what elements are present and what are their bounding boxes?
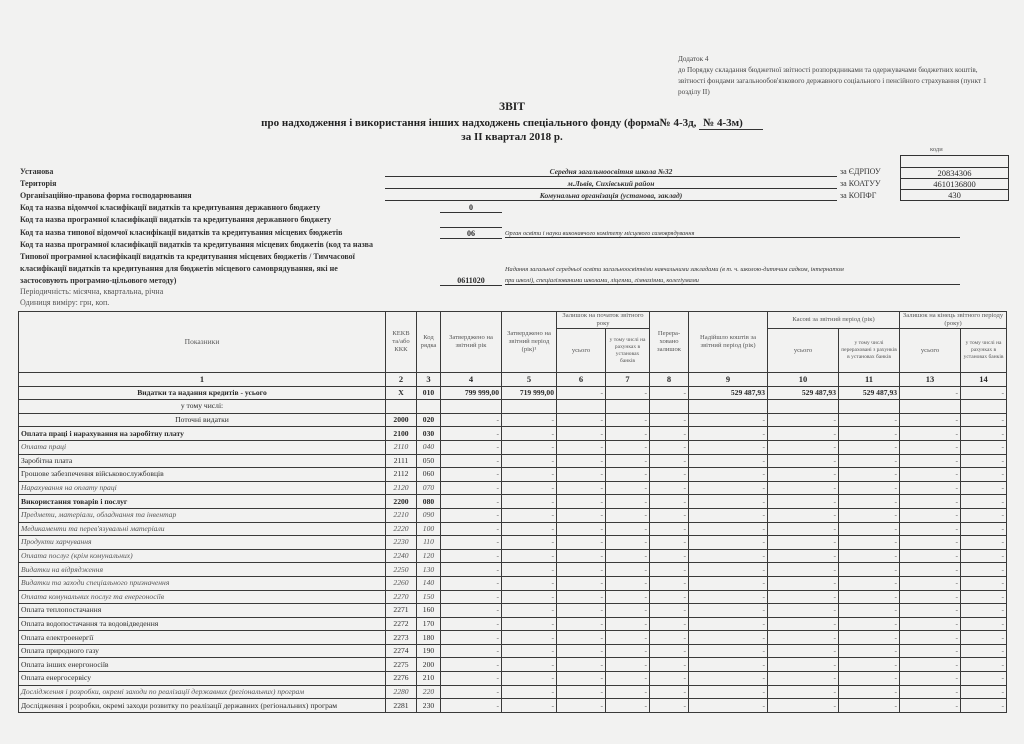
header-received: Надійшло коштів за звітний період (рік) bbox=[689, 312, 768, 373]
row-value: - bbox=[502, 699, 557, 713]
row-value: - bbox=[606, 617, 650, 631]
report-title: ЗВІТ bbox=[0, 101, 1024, 113]
label-edrpou: за ЄДРПОУ bbox=[840, 167, 881, 176]
row-value: - bbox=[768, 468, 839, 482]
row-value: 529 487,93 bbox=[839, 386, 900, 400]
org-form-field: Комунальна організація (установа, заклад… bbox=[385, 191, 837, 201]
row-value: - bbox=[650, 508, 689, 522]
row-value: - bbox=[900, 658, 961, 672]
row-value: - bbox=[839, 481, 900, 495]
row-value: - bbox=[502, 522, 557, 536]
row-value: - bbox=[839, 522, 900, 536]
header-balance-start-banks: у тому числі на рахунках в установах бан… bbox=[606, 329, 650, 373]
row-kekv: 2000 bbox=[386, 413, 417, 427]
table-row: Поточні видатки2000020---------- bbox=[19, 413, 1007, 427]
col-num: 3 bbox=[417, 373, 441, 387]
row-value: - bbox=[900, 481, 961, 495]
codes-header: коди bbox=[930, 146, 943, 153]
row-value: - bbox=[441, 699, 502, 713]
row-value: - bbox=[900, 549, 961, 563]
col-num: 6 bbox=[557, 373, 606, 387]
local-prog-label-3: класифікації видатків та кредитування дл… bbox=[20, 264, 338, 273]
row-value: - bbox=[502, 672, 557, 686]
row-value: - bbox=[768, 454, 839, 468]
row-indicator: Оплата енергосервісу bbox=[19, 672, 386, 686]
row-value: - bbox=[689, 495, 768, 509]
row-value: - bbox=[557, 386, 606, 400]
table-row: Оплата енергосервісу2276210---------- bbox=[19, 672, 1007, 686]
row-value: - bbox=[650, 495, 689, 509]
row-value: - bbox=[441, 658, 502, 672]
row-value: - bbox=[689, 617, 768, 631]
row-value: - bbox=[900, 576, 961, 590]
row-code: 190 bbox=[417, 644, 441, 658]
row-indicator: Використання товарів і послуг bbox=[19, 495, 386, 509]
row-value: - bbox=[502, 536, 557, 550]
row-value: - bbox=[768, 685, 839, 699]
row-indicator: Дослідження і розробки, окремі заходи по… bbox=[19, 685, 386, 699]
report-table: Показники КЕКВ та/або ККК Код рядка Затв… bbox=[18, 311, 1007, 713]
row-value: - bbox=[839, 576, 900, 590]
table-row: Видатки та надання кредитів - усьогоX010… bbox=[19, 386, 1007, 400]
code-koatuu: 4610136800 bbox=[901, 178, 1008, 189]
row-value: - bbox=[768, 631, 839, 645]
row-kekv: 2281 bbox=[386, 699, 417, 713]
row-code: 100 bbox=[417, 522, 441, 536]
row-value: - bbox=[441, 440, 502, 454]
col-num: 11 bbox=[839, 373, 900, 387]
row-kekv: 2276 bbox=[386, 672, 417, 686]
row-value: - bbox=[650, 631, 689, 645]
row-value: - bbox=[650, 522, 689, 536]
row-value: - bbox=[768, 508, 839, 522]
row-value: - bbox=[689, 427, 768, 441]
row-value: - bbox=[502, 644, 557, 658]
row-value: - bbox=[768, 644, 839, 658]
code-edrpou: 20834306 bbox=[901, 167, 1008, 178]
row-value: - bbox=[557, 631, 606, 645]
prog-class-line bbox=[440, 226, 502, 228]
col-num: 8 bbox=[650, 373, 689, 387]
row-value: - bbox=[689, 631, 768, 645]
row-value: - bbox=[606, 536, 650, 550]
row-value: - bbox=[961, 536, 1007, 550]
row-kekv: 2260 bbox=[386, 576, 417, 590]
row-indicator: Оплата теплопостачання bbox=[19, 604, 386, 618]
row-value: - bbox=[557, 440, 606, 454]
row-kekv: 2111 bbox=[386, 454, 417, 468]
row-value: - bbox=[441, 563, 502, 577]
row-value: - bbox=[689, 576, 768, 590]
row-value bbox=[900, 400, 961, 414]
typical-class-label: Код та назва типової відомчої класифікац… bbox=[20, 228, 342, 237]
row-value: - bbox=[557, 590, 606, 604]
row-indicator: Оплата інших енергоносіїв bbox=[19, 658, 386, 672]
col-num: 2 bbox=[386, 373, 417, 387]
dept-class-label: Код та назва відомчої класифікації видат… bbox=[20, 203, 320, 212]
typical-class-desc: Орган освіти і науки виконавчого комітет… bbox=[505, 230, 960, 238]
report-period: за II квартал 2018 р. bbox=[0, 131, 1024, 143]
header-kekv: КЕКВ та/або ККК bbox=[386, 312, 417, 373]
col-num: 13 bbox=[900, 373, 961, 387]
row-value: - bbox=[606, 549, 650, 563]
row-code: 040 bbox=[417, 440, 441, 454]
row-indicator: Видатки на відрядження bbox=[19, 563, 386, 577]
row-indicator: Оплата праці bbox=[19, 440, 386, 454]
row-value: - bbox=[768, 495, 839, 509]
row-value: - bbox=[557, 549, 606, 563]
row-value: - bbox=[606, 644, 650, 658]
row-kekv: 2275 bbox=[386, 658, 417, 672]
row-value: - bbox=[961, 413, 1007, 427]
row-value: - bbox=[839, 468, 900, 482]
row-value bbox=[650, 400, 689, 414]
prog-class-label: Код та назва програмної класифікації вид… bbox=[20, 215, 331, 224]
table-row: Оплата комунальних послуг та енергоносії… bbox=[19, 590, 1007, 604]
row-value: - bbox=[606, 386, 650, 400]
row-value bbox=[839, 400, 900, 414]
row-value: - bbox=[502, 631, 557, 645]
row-value: 719 999,00 bbox=[502, 386, 557, 400]
annex-note: Додаток 4 до Порядку складання бюджетної… bbox=[678, 54, 998, 98]
row-value: - bbox=[689, 468, 768, 482]
row-value: - bbox=[441, 468, 502, 482]
row-value: - bbox=[606, 495, 650, 509]
table-row: Оплата електроенергії2273180---------- bbox=[19, 631, 1007, 645]
row-value: - bbox=[650, 549, 689, 563]
row-value: - bbox=[557, 454, 606, 468]
col-num: 1 bbox=[19, 373, 386, 387]
row-value: - bbox=[961, 440, 1007, 454]
row-value: - bbox=[768, 604, 839, 618]
row-value: - bbox=[900, 522, 961, 536]
row-value: - bbox=[441, 549, 502, 563]
table-row: Грошове забезпечення військовослужбовців… bbox=[19, 468, 1007, 482]
row-indicator: Продукти харчування bbox=[19, 536, 386, 550]
row-indicator: Оплата комунальних послуг та енергоносії… bbox=[19, 590, 386, 604]
row-value: - bbox=[502, 604, 557, 618]
row-value: - bbox=[502, 508, 557, 522]
row-value: - bbox=[689, 413, 768, 427]
row-value bbox=[441, 400, 502, 414]
row-indicator: Поточні видатки bbox=[19, 413, 386, 427]
col-num: 10 bbox=[768, 373, 839, 387]
row-value: 529 487,93 bbox=[768, 386, 839, 400]
row-value: - bbox=[606, 508, 650, 522]
org-form-label: Організаційно-правова форма господарюван… bbox=[20, 191, 192, 200]
row-value: - bbox=[606, 685, 650, 699]
row-value: - bbox=[650, 590, 689, 604]
row-value: - bbox=[961, 631, 1007, 645]
row-value: - bbox=[441, 481, 502, 495]
row-value: - bbox=[650, 536, 689, 550]
row-value: - bbox=[557, 508, 606, 522]
row-value: - bbox=[768, 440, 839, 454]
row-value: - bbox=[441, 672, 502, 686]
row-indicator: Предмети, матеріали, обладнання та інвен… bbox=[19, 508, 386, 522]
row-value: - bbox=[606, 576, 650, 590]
row-value: - bbox=[441, 522, 502, 536]
row-value: - bbox=[839, 440, 900, 454]
row-code: 110 bbox=[417, 536, 441, 550]
row-kekv: 2273 bbox=[386, 631, 417, 645]
row-kekv: 2112 bbox=[386, 468, 417, 482]
row-value: - bbox=[650, 563, 689, 577]
row-value bbox=[961, 400, 1007, 414]
row-value: - bbox=[557, 413, 606, 427]
row-value: - bbox=[689, 590, 768, 604]
row-value bbox=[502, 400, 557, 414]
row-value: - bbox=[961, 658, 1007, 672]
row-indicator: Видатки та надання кредитів - усього bbox=[19, 386, 386, 400]
report-subtitle: про надходження і використання інших над… bbox=[0, 117, 1024, 130]
codes-box: 20834306 4610136800 430 bbox=[900, 155, 1009, 201]
row-value: - bbox=[502, 495, 557, 509]
table-row: Оплата послуг (крім комунальних)2240120-… bbox=[19, 549, 1007, 563]
row-value: - bbox=[502, 658, 557, 672]
local-prog-label-2: Типової програмної класифікації видатків… bbox=[20, 252, 355, 261]
row-value: - bbox=[650, 699, 689, 713]
row-value: - bbox=[441, 495, 502, 509]
territory-label: Територія bbox=[20, 179, 56, 188]
row-value: - bbox=[961, 481, 1007, 495]
row-indicator: Грошове забезпечення військовослужбовців bbox=[19, 468, 386, 482]
row-code bbox=[417, 400, 441, 414]
row-code: 060 bbox=[417, 468, 441, 482]
table-row: у тому числі: bbox=[19, 400, 1007, 414]
row-value: - bbox=[961, 563, 1007, 577]
table-row: Оплата інших енергоносіїв2275200--------… bbox=[19, 658, 1007, 672]
row-code: 220 bbox=[417, 685, 441, 699]
row-value: 799 999,00 bbox=[441, 386, 502, 400]
row-value: - bbox=[839, 685, 900, 699]
row-value: - bbox=[768, 563, 839, 577]
row-value: - bbox=[768, 481, 839, 495]
row-code: 010 bbox=[417, 386, 441, 400]
subtitle-form: № 4-3м) bbox=[699, 117, 763, 130]
row-code: 030 bbox=[417, 427, 441, 441]
row-kekv: 2100 bbox=[386, 427, 417, 441]
row-value: - bbox=[768, 672, 839, 686]
row-code: 150 bbox=[417, 590, 441, 604]
header-cash-total: усього bbox=[768, 329, 839, 373]
table-row: Оплата праці2110040---------- bbox=[19, 440, 1007, 454]
row-value: - bbox=[900, 631, 961, 645]
row-value: - bbox=[900, 685, 961, 699]
periodicity: Періодичність: місячна, квартальна, річн… bbox=[20, 287, 163, 296]
row-value bbox=[768, 400, 839, 414]
row-value: - bbox=[650, 617, 689, 631]
row-value: - bbox=[606, 563, 650, 577]
row-value: - bbox=[557, 699, 606, 713]
header-balance-start: Залишок на початок звітного року bbox=[557, 312, 650, 329]
col-num: 14 bbox=[961, 373, 1007, 387]
row-value: - bbox=[502, 549, 557, 563]
row-value: - bbox=[689, 549, 768, 563]
row-value: - bbox=[961, 685, 1007, 699]
institution-label: Установа bbox=[20, 167, 53, 176]
header-transferred: Перера-ховано залишок bbox=[650, 312, 689, 373]
header-cash-banks: у тому числі перераховані з рахунків в у… bbox=[839, 329, 900, 373]
row-kekv: 2271 bbox=[386, 604, 417, 618]
table-row: Дослідження і розробки, окремі заходи по… bbox=[19, 685, 1007, 699]
unit-of-measure: Одиниця виміру: грн, коп. bbox=[20, 298, 109, 307]
row-value: - bbox=[441, 685, 502, 699]
row-value: - bbox=[839, 699, 900, 713]
row-value: - bbox=[441, 427, 502, 441]
col-num: 5 bbox=[502, 373, 557, 387]
row-value: - bbox=[839, 672, 900, 686]
row-value: - bbox=[557, 685, 606, 699]
row-value: - bbox=[900, 536, 961, 550]
row-value: - bbox=[650, 685, 689, 699]
row-value: - bbox=[839, 644, 900, 658]
row-value: - bbox=[650, 468, 689, 482]
row-value: - bbox=[839, 495, 900, 509]
table-row: Видатки на відрядження2250130---------- bbox=[19, 563, 1007, 577]
row-value: - bbox=[689, 644, 768, 658]
row-value: - bbox=[502, 427, 557, 441]
row-kekv: 2220 bbox=[386, 522, 417, 536]
row-value: - bbox=[650, 454, 689, 468]
row-code: 180 bbox=[417, 631, 441, 645]
row-value: - bbox=[650, 427, 689, 441]
row-code: 090 bbox=[417, 508, 441, 522]
row-kekv: 2270 bbox=[386, 590, 417, 604]
local-prog-desc-2: при школі), спеціалізованими школами, лі… bbox=[505, 277, 960, 285]
row-value: - bbox=[502, 590, 557, 604]
row-value: - bbox=[839, 590, 900, 604]
row-code: 230 bbox=[417, 699, 441, 713]
row-value: - bbox=[689, 685, 768, 699]
row-value: - bbox=[839, 454, 900, 468]
column-numbers-row: 1 2 3 4 5 6 7 8 9 10 11 13 14 bbox=[19, 373, 1007, 387]
annex-number: Додаток 4 bbox=[678, 54, 998, 65]
row-value: - bbox=[689, 481, 768, 495]
row-kekv: 2110 bbox=[386, 440, 417, 454]
header-balance-end: Залишок на кінець звітного періоду (року… bbox=[900, 312, 1007, 329]
row-value: - bbox=[768, 427, 839, 441]
row-value: - bbox=[900, 440, 961, 454]
row-value: - bbox=[961, 427, 1007, 441]
row-value: - bbox=[502, 576, 557, 590]
row-value: - bbox=[689, 536, 768, 550]
row-value bbox=[557, 400, 606, 414]
row-kekv: 2230 bbox=[386, 536, 417, 550]
table-row: Оплата водопостачання та водовідведення2… bbox=[19, 617, 1007, 631]
row-indicator: Нарахування на оплату праці bbox=[19, 481, 386, 495]
row-value: - bbox=[650, 386, 689, 400]
row-value: - bbox=[557, 468, 606, 482]
row-value: - bbox=[961, 454, 1007, 468]
row-value: - bbox=[900, 427, 961, 441]
row-value: - bbox=[650, 644, 689, 658]
row-value: - bbox=[900, 454, 961, 468]
local-prog-desc-1: Надання загальної середньої освіти загал… bbox=[505, 266, 960, 273]
table-row: Предмети, матеріали, обладнання та інвен… bbox=[19, 508, 1007, 522]
row-value: - bbox=[900, 413, 961, 427]
row-value: - bbox=[441, 604, 502, 618]
label-koatuu: за КОАТУУ bbox=[840, 179, 881, 188]
row-kekv: 2120 bbox=[386, 481, 417, 495]
row-indicator: Оплата водопостачання та водовідведення bbox=[19, 617, 386, 631]
row-value: - bbox=[900, 468, 961, 482]
row-value: - bbox=[900, 386, 961, 400]
row-value: - bbox=[557, 672, 606, 686]
table-row: Дослідження і розробки, окремі заходи ро… bbox=[19, 699, 1007, 713]
row-value: - bbox=[502, 563, 557, 577]
row-value: - bbox=[768, 658, 839, 672]
row-value: - bbox=[839, 427, 900, 441]
row-value: - bbox=[689, 672, 768, 686]
row-value: - bbox=[768, 522, 839, 536]
row-value: - bbox=[441, 536, 502, 550]
row-value: - bbox=[900, 563, 961, 577]
row-value: - bbox=[441, 576, 502, 590]
row-value: - bbox=[839, 604, 900, 618]
row-indicator: Дослідження і розробки, окремі заходи ро… bbox=[19, 699, 386, 713]
row-value: - bbox=[961, 617, 1007, 631]
header-approved-year: Затверджено на звітний рік bbox=[441, 312, 502, 373]
header-balance-end-total: усього bbox=[900, 329, 961, 373]
row-value: - bbox=[650, 481, 689, 495]
row-value: - bbox=[961, 699, 1007, 713]
row-value: - bbox=[839, 631, 900, 645]
row-value: - bbox=[961, 672, 1007, 686]
col-num: 4 bbox=[441, 373, 502, 387]
row-value: - bbox=[900, 508, 961, 522]
row-value: - bbox=[961, 522, 1007, 536]
row-value: - bbox=[606, 604, 650, 618]
row-value: - bbox=[650, 440, 689, 454]
row-value bbox=[606, 400, 650, 414]
row-code: 080 bbox=[417, 495, 441, 509]
row-value: - bbox=[606, 522, 650, 536]
row-value: - bbox=[768, 536, 839, 550]
row-value: - bbox=[961, 590, 1007, 604]
row-value: - bbox=[650, 604, 689, 618]
row-value: - bbox=[689, 508, 768, 522]
dept-class-code: 0 bbox=[440, 203, 502, 213]
header-balance-start-total: усього bbox=[557, 329, 606, 373]
row-value: - bbox=[606, 454, 650, 468]
row-value: - bbox=[900, 495, 961, 509]
row-value: - bbox=[768, 590, 839, 604]
row-value: - bbox=[502, 617, 557, 631]
table-row: Використання товарів і послуг2200080----… bbox=[19, 495, 1007, 509]
local-prog-code: 0611020 bbox=[440, 276, 502, 286]
label-kopfg: за КОПФГ bbox=[840, 191, 876, 200]
typical-class-code: 06 bbox=[440, 229, 502, 239]
row-value: - bbox=[557, 604, 606, 618]
row-value: - bbox=[900, 672, 961, 686]
row-code: 140 bbox=[417, 576, 441, 590]
row-code: 170 bbox=[417, 617, 441, 631]
row-value: - bbox=[689, 563, 768, 577]
row-value: - bbox=[441, 413, 502, 427]
header-indicators: Показники bbox=[19, 312, 386, 373]
row-value: - bbox=[689, 454, 768, 468]
row-value: - bbox=[961, 468, 1007, 482]
row-value: - bbox=[650, 672, 689, 686]
row-indicator: Оплата праці і нарахування на заробітну … bbox=[19, 427, 386, 441]
row-value: - bbox=[900, 644, 961, 658]
row-value: - bbox=[441, 644, 502, 658]
local-prog-label-1: Код та назва програмної класифікації вид… bbox=[20, 240, 373, 249]
row-kekv: 2250 bbox=[386, 563, 417, 577]
row-code: 050 bbox=[417, 454, 441, 468]
row-value: - bbox=[839, 536, 900, 550]
